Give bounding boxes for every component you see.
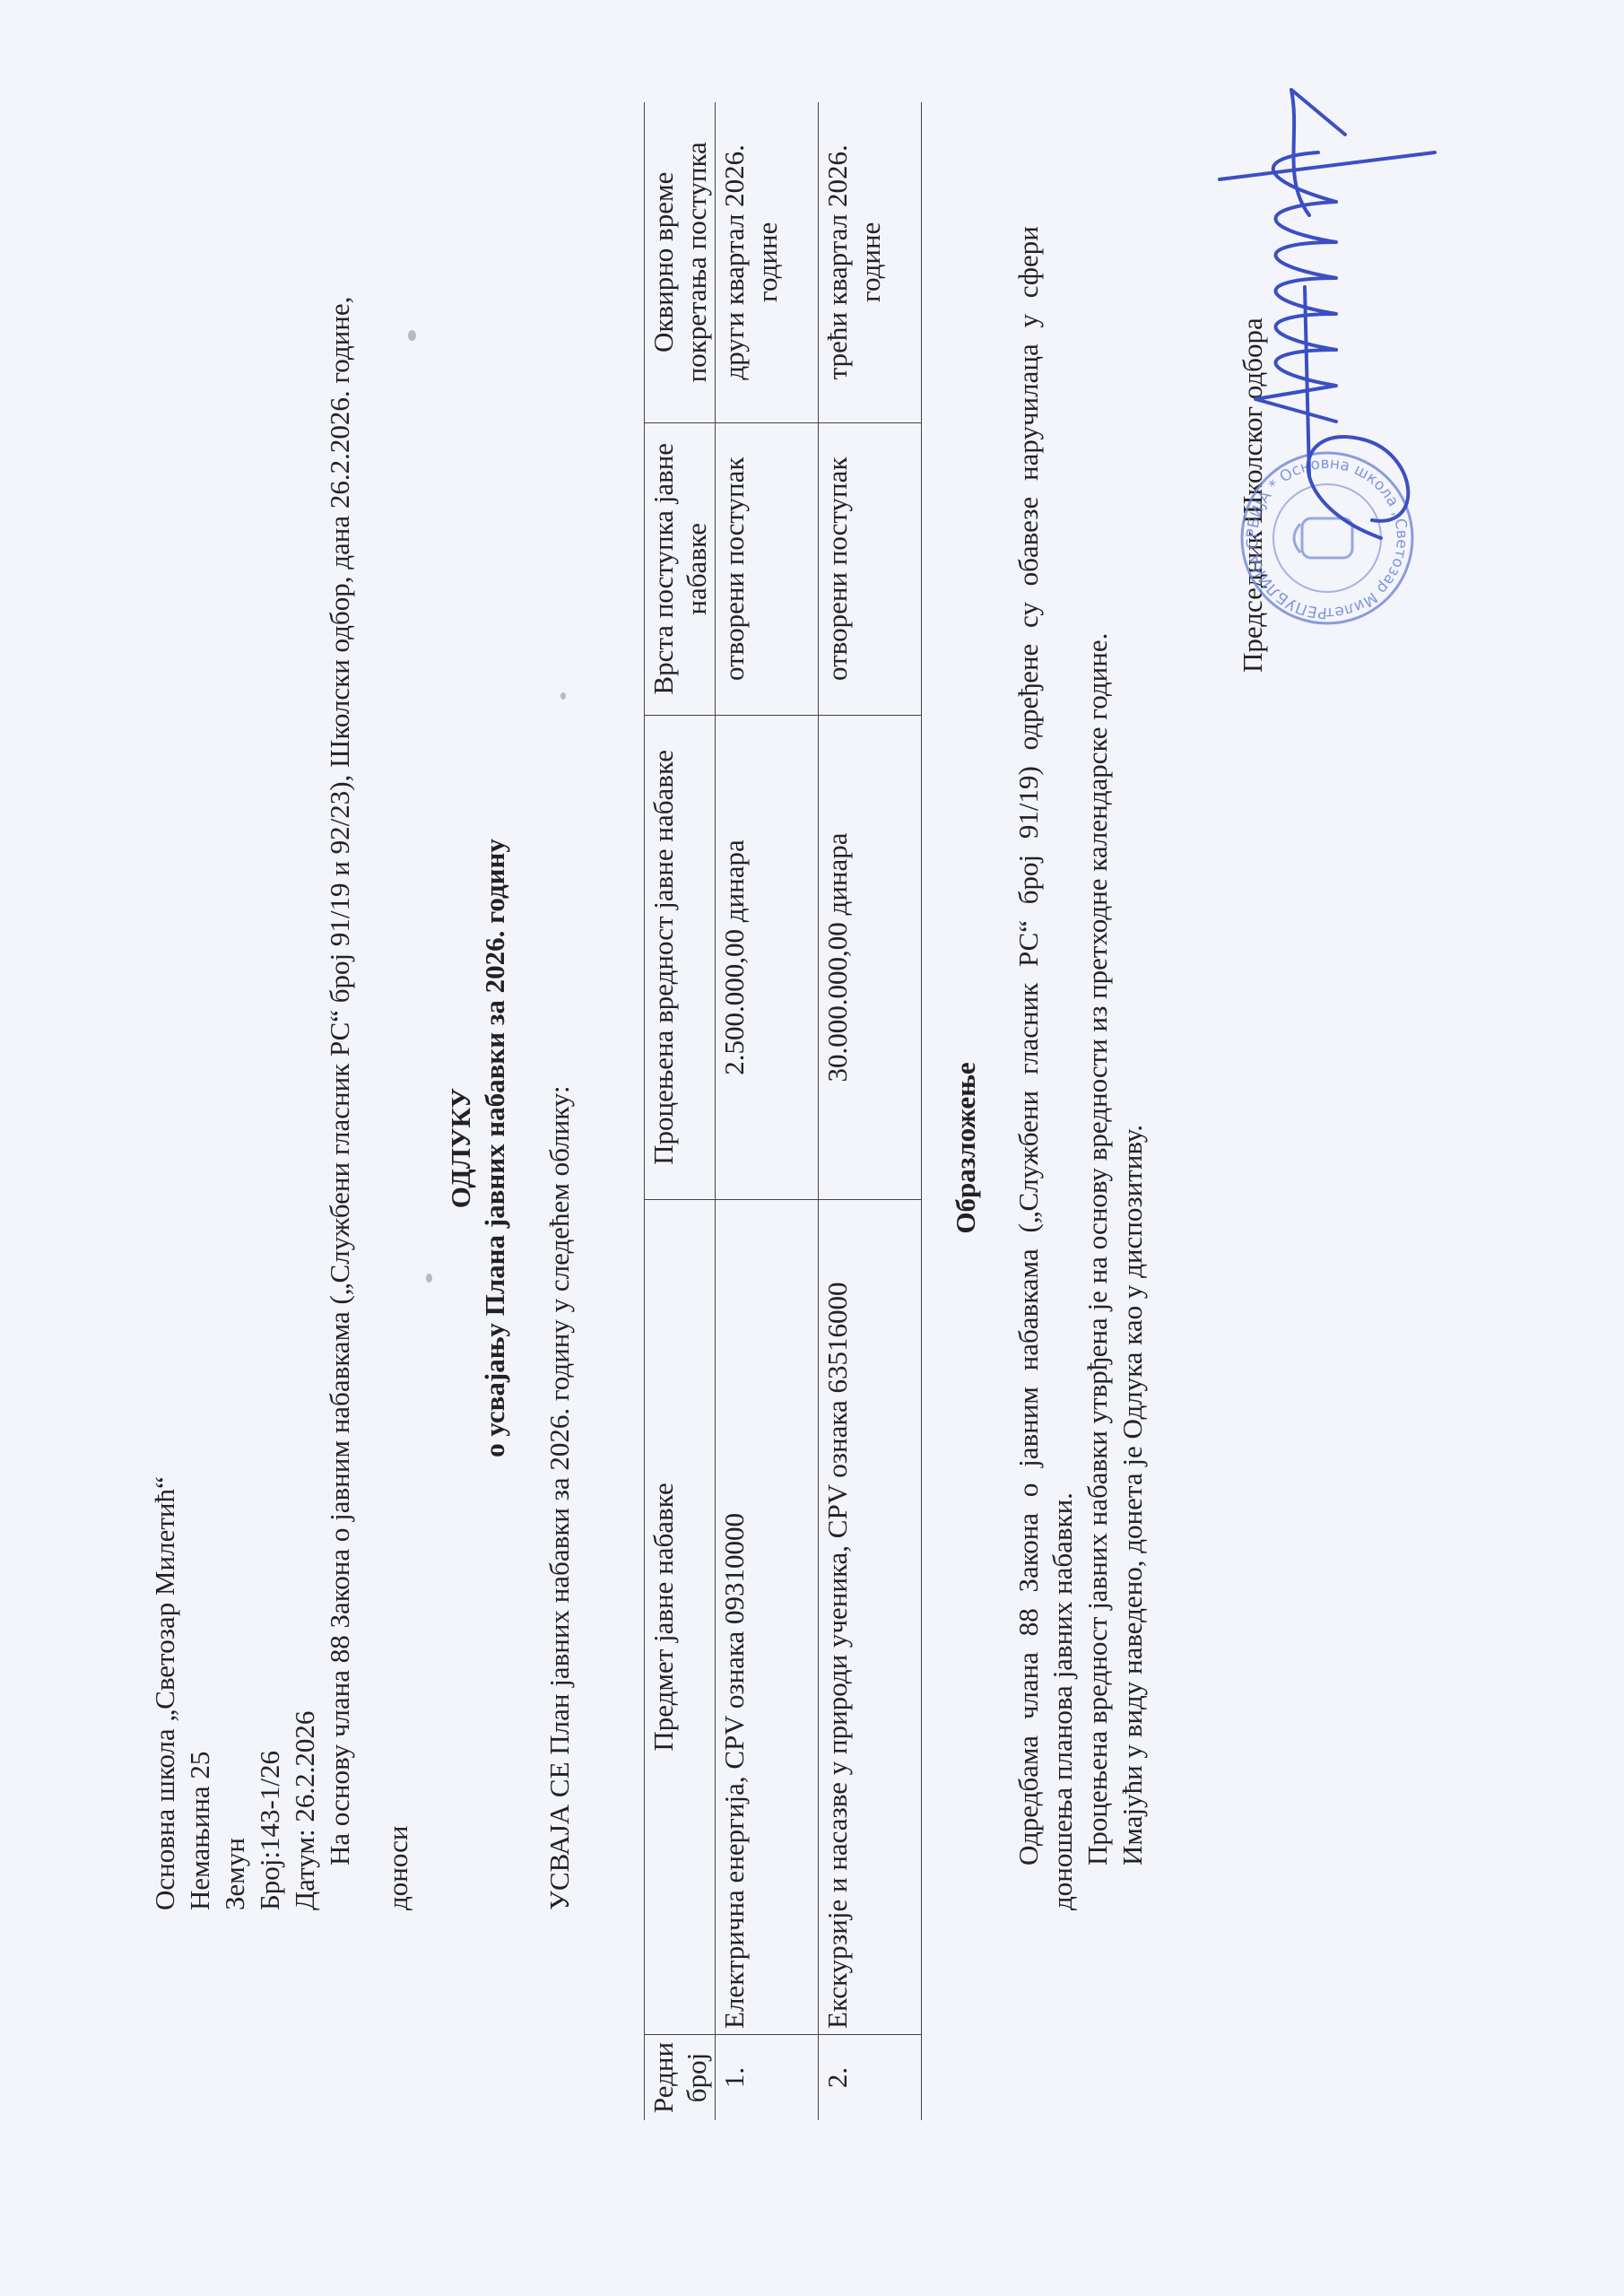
- document-number: Број:143-1/26: [253, 1476, 288, 1910]
- col-header-number: Редни број: [645, 2034, 716, 2120]
- intro-line: На основу члана 88 Закона о јавним набав…: [323, 297, 357, 1865]
- explanation-heading: Образложење: [949, 0, 983, 2296]
- row-procedure: отворени поступак: [716, 422, 819, 715]
- table-row: 2. Екскурзије и насазве у природи ученик…: [819, 102, 922, 2120]
- decision-title: ОДЛУКУ: [444, 0, 478, 2296]
- school-street: Немањина 25: [183, 1476, 218, 1910]
- row-number: 1.: [716, 2034, 819, 2120]
- row-timeframe: други квартал 2026. године: [716, 102, 819, 422]
- row-subject: Екскурзије и насазве у природи ученика, …: [819, 1199, 922, 2034]
- col-header-procedure: Врста поступка јавне набавке: [645, 422, 716, 715]
- intro-donosi: доноси: [381, 1826, 415, 1910]
- scan-speck: [408, 330, 416, 341]
- school-city: Земун: [218, 1476, 253, 1910]
- row-value: 30.000.000,00 динара: [819, 715, 922, 1199]
- row-procedure: отворени поступак: [819, 422, 922, 715]
- document-page: Основна школа „Светозар Милетић“ Немањин…: [0, 0, 1624, 2296]
- handwritten-signature-icon: [1202, 54, 1471, 556]
- row-subject: Електрична енергија, CPV ознака 09310000: [716, 1199, 819, 2034]
- col-header-timeframe: Оквирно време покретања поступка: [645, 102, 716, 422]
- procurement-plan-table: Редни број Предмет јавне набавке Процење…: [644, 102, 922, 2120]
- letterhead: Основна школа „Светозар Милетић“ Немањин…: [148, 1476, 323, 1910]
- school-name: Основна школа „Светозар Милетић“: [148, 1476, 183, 1910]
- decision-subtitle: о усвајању Плана јавних набавки за 2026.…: [478, 0, 512, 2296]
- adopt-line: УСВАЈА СЕ План јавних набавки за 2026. г…: [543, 1086, 577, 1911]
- row-number: 2.: [819, 2034, 922, 2120]
- scan-speck: [560, 692, 566, 700]
- row-value: 2.500.000,00 динара: [716, 715, 819, 1199]
- row-timeframe: трећи квартал 2026. године: [819, 102, 922, 422]
- col-header-value: Процењена вредност јавне набавке: [645, 715, 716, 1199]
- explanation-paragraph-1-cont: доношења планова јавних набавки.: [1046, 1492, 1080, 1910]
- table-row: 1. Електрична енергија, CPV ознака 09310…: [716, 102, 819, 2120]
- document-date: Датум: 26.2.2026: [288, 1476, 323, 1910]
- explanation-paragraph-3: Имајући у виду наведено, донета је Одлук…: [1116, 1125, 1150, 1865]
- explanation-paragraph-1: Одредбама члана 88 Закона о јавним набав…: [1012, 27, 1046, 1865]
- table-header-row: Редни број Предмет јавне набавке Процење…: [645, 102, 716, 2120]
- col-header-subject: Предмет јавне набавке: [645, 1199, 716, 2034]
- scan-speck: [426, 1274, 432, 1283]
- explanation-paragraph-2: Процењена вредност јавних набавки утврђе…: [1081, 633, 1115, 1865]
